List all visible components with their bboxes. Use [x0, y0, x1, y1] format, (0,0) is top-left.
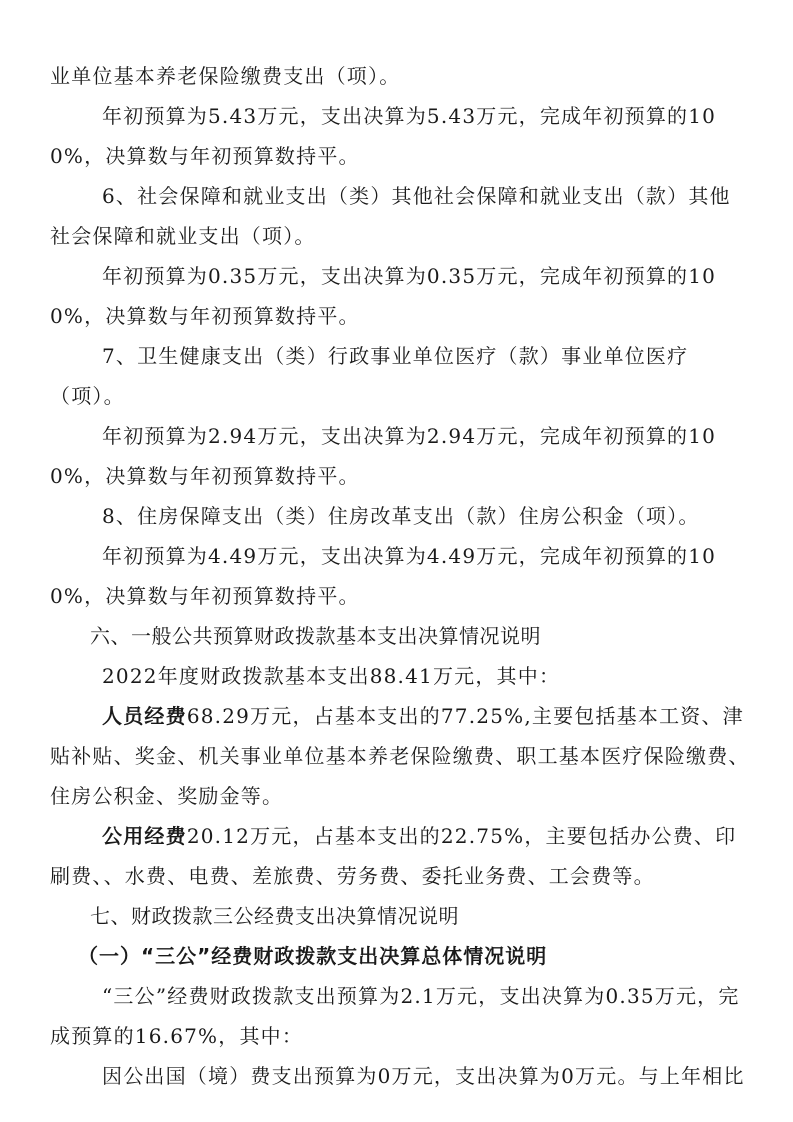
paragraph-item-6: 6、社会保障和就业支出（类）其他社会保障和就业支出（款）其他社会保障和就业支出（… [50, 176, 750, 256]
document-page: 业单位基本养老保险缴费支出（项）。 年初预算为5.43万元，支出决算为5.43万… [50, 56, 750, 1096]
three-public-summary: “三公”经费财政拨款支出预算为2.1万元，支出决算为0.35万元，完成预算的16… [50, 976, 750, 1056]
public-expense-paragraph: 公用经费20.12万元，占基本支出的22.75%，主要包括办公费、印刷费、、水费… [50, 816, 750, 896]
paragraph-item-continuation: 业单位基本养老保险缴费支出（项）。 [50, 56, 750, 96]
public-expense-label: 公用经费 [102, 824, 187, 848]
paragraph-item-7: 7、卫生健康支出（类）行政事业单位医疗（款）事业单位医疗（项）。 [50, 336, 750, 416]
section-7-subheading: （一）“三公”经费财政拨款支出决算总体情况说明 [50, 936, 750, 976]
overseas-expense-paragraph: 因公出国（境）费支出预算为0万元，支出决算为0万元。与上年相比 [50, 1056, 750, 1096]
paragraph-budget-4-49: 年初预算为4.49万元，支出决算为4.49万元，完成年初预算的100%，决算数与… [50, 536, 750, 616]
section-6-intro: 2022年度财政拨款基本支出88.41万元，其中： [50, 656, 750, 696]
section-7-heading: 七、财政拨款三公经费支出决算情况说明 [50, 896, 750, 936]
personnel-expense-paragraph: 人员经费68.29万元，占基本支出的77.25%,主要包括基本工资、津贴补贴、奖… [50, 696, 750, 816]
paragraph-budget-2-94: 年初预算为2.94万元，支出决算为2.94万元，完成年初预算的100%，决算数与… [50, 416, 750, 496]
paragraph-budget-0-35: 年初预算为0.35万元，支出决算为0.35万元，完成年初预算的100%，决算数与… [50, 256, 750, 336]
personnel-expense-label: 人员经费 [102, 704, 187, 728]
section-6-heading: 六、一般公共预算财政拨款基本支出决算情况说明 [50, 616, 750, 656]
paragraph-budget-5-43: 年初预算为5.43万元，支出决算为5.43万元，完成年初预算的100%，决算数与… [50, 96, 750, 176]
paragraph-item-8: 8、住房保障支出（类）住房改革支出（款）住房公积金（项）。 [50, 496, 750, 536]
